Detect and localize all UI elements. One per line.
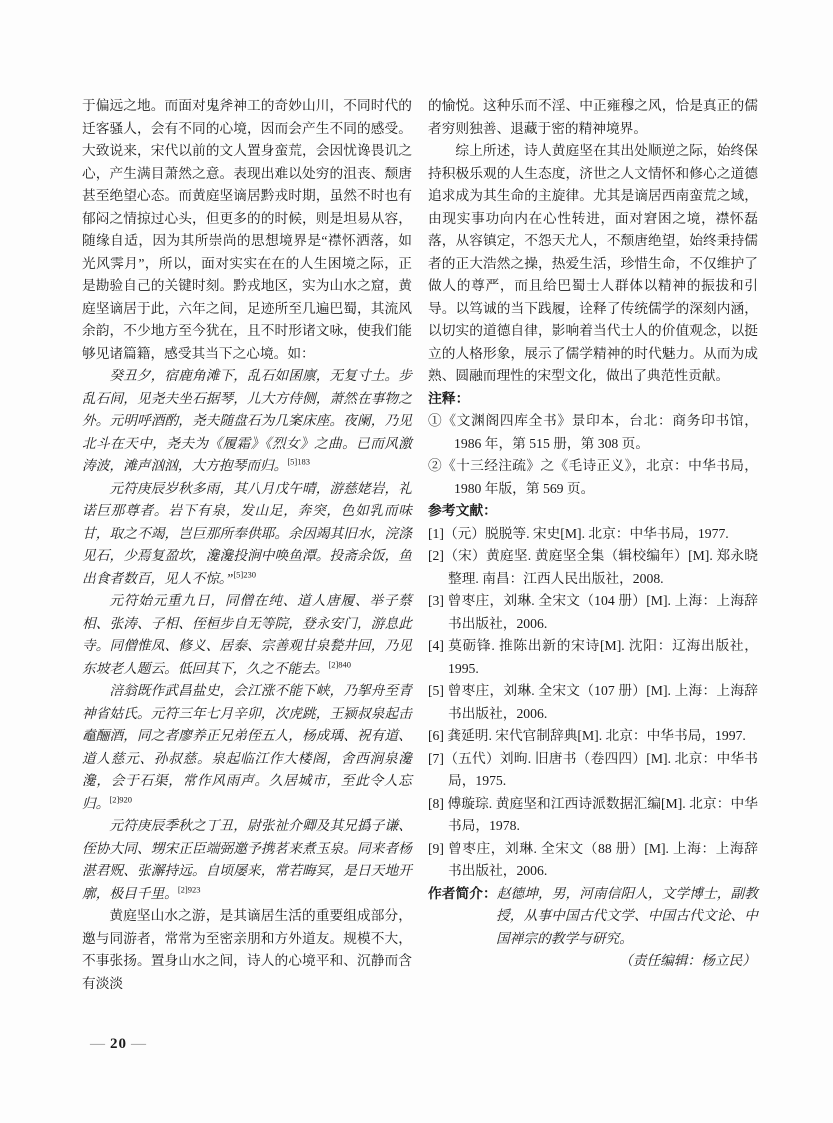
quote-text: 元符庚辰季秋之丁丑，尉张祉介卿及其兄撝子谦、侄协大同、甥宋正臣端弼邀予携茗来煮玉…	[82, 818, 412, 901]
quote-text: 元符始元重九日，同僧在纯、道人唐履、举子蔡相、张涛、子相、侄桓步自无等院，登永安…	[82, 593, 412, 676]
notes-heading: 注释：	[428, 388, 758, 411]
editor-note: （责任编辑：杨立民）	[428, 950, 758, 973]
page-number: —20—	[86, 1034, 151, 1054]
paragraph-continuation: 的愉悦。这种乐而不淫、中正雍穆之风，恰是真正的儒者穷则独善、退藏于密的精神境界。	[428, 95, 758, 140]
quote-text: 涪翁既作武昌盐史，会江涨不能下峡，乃挐舟至青神省姑氏。元符三年七月辛卯，次虎跳，…	[82, 683, 412, 811]
journal-page: 于偏远之地。而面对鬼斧神工的奇妙山川，不同时代的迁客骚人，会有不同的心境，因而会…	[0, 0, 833, 1123]
author-bio-label: 作者简介：	[428, 886, 497, 901]
paragraph-continuation: 于偏远之地。而面对鬼斧神工的奇妙山川，不同时代的迁客骚人，会有不同的心境，因而会…	[82, 95, 412, 365]
page-number-dash-left: —	[86, 1036, 110, 1052]
reference-item: [1]（元）脱脱等. 宋史[M]. 北京：中华书局，1977.	[428, 523, 758, 546]
page-number-value: 20	[110, 1036, 127, 1052]
references-heading: 参考文献：	[428, 500, 758, 523]
note-item: ②《十三经注疏》之《毛诗正义》，北京：中华书局，1980 年版，第 569 页。	[428, 455, 758, 500]
block-quote: 癸丑夕，宿鹿角滩下，乱石如囷廪，无复寸土。步乱石间，见尧夫坐石据琴，儿大方侍侧，…	[82, 365, 412, 478]
block-quote: 涪翁既作武昌盐史，会江涨不能下峡，乃挐舟至青神省姑氏。元符三年七月辛卯，次虎跳，…	[82, 680, 412, 815]
citation-superscript: [2]923	[178, 884, 201, 894]
block-quote: 元符庚辰岁秋多雨，其八月戊午晴，游慈姥岩，礼诺巨那尊者。岩下有泉，发山足，奔突，…	[82, 478, 412, 591]
note-text: 《文渊阁四库全书》景印本，台北：商务印书馆，1986 年，第 515 册，第 3…	[442, 413, 758, 451]
note-marker: ②	[428, 458, 442, 473]
reference-item: [4] 莫砺锋. 推陈出新的宋诗[M]. 沈阳：辽海出版社，1995.	[428, 635, 758, 680]
paragraph: 综上所述，诗人黄庭坚在其出处顺逆之际，始终保持积极乐观的人生态度，济世之人文情怀…	[428, 140, 758, 388]
note-text: 《十三经注疏》之《毛诗正义》，北京：中华书局，1980 年版，第 569 页。	[442, 458, 758, 496]
reference-item: [8] 傅璇琮. 黄庭坚和江西诗派数据汇编[M]. 北京：中华书局，1978.	[428, 793, 758, 838]
reference-item: [6] 龚延明. 宋代官制辞典[M]. 北京：中华书局，1997.	[428, 725, 758, 748]
citation-superscript: [2]920	[109, 794, 132, 804]
citation-superscript: [2]840	[328, 659, 351, 669]
block-quote: 元符始元重九日，同僧在纯、道人唐履、举子蔡相、张涛、子相、侄桓步自无等院，登永安…	[82, 590, 412, 680]
paragraph: 黄庭坚山水之游，是其谪居生活的重要组成部分，邀与同游者，常常为至密亲朋和方外道友…	[82, 905, 412, 995]
page-number-dash-right: —	[127, 1036, 151, 1052]
reference-item: [9] 曾枣庄，刘琳. 全宋文（88 册）[M]. 上海：上海辞书出版社，200…	[428, 838, 758, 883]
note-item: ①《文渊阁四库全书》景印本，台北：商务印书馆，1986 年，第 515 册，第 …	[428, 410, 758, 455]
citation-superscript: [5]230	[233, 569, 256, 579]
citation-superscript: [5]183	[287, 456, 310, 466]
left-column: 于偏远之地。而面对鬼斧神工的奇妙山川，不同时代的迁客骚人，会有不同的心境，因而会…	[82, 95, 412, 995]
reference-item: [5] 曾枣庄，刘琳. 全宋文（107 册）[M]. 上海：上海辞书出版社，20…	[428, 680, 758, 725]
right-column: 的愉悦。这种乐而不淫、中正雍穆之风，恰是真正的儒者穷则独善、退藏于密的精神境界。…	[428, 95, 758, 995]
author-bio-text: 赵德坤，男，河南信阳人，文学博士，副教授，从事中国古代文学、中国古代文论、中国禅…	[496, 886, 758, 946]
author-bio: 作者简介：赵德坤，男，河南信阳人，文学博士，副教授，从事中国古代文学、中国古代文…	[428, 883, 758, 951]
block-quote: 元符庚辰季秋之丁丑，尉张祉介卿及其兄撝子谦、侄协大同、甥宋正臣端弼邀予携茗来煮玉…	[82, 815, 412, 905]
quote-text: 癸丑夕，宿鹿角滩下，乱石如囷廪，无复寸土。步乱石间，见尧夫坐石据琴，儿大方侍侧，…	[82, 368, 412, 473]
text-columns: 于偏远之地。而面对鬼斧神工的奇妙山川，不同时代的迁客骚人，会有不同的心境，因而会…	[82, 95, 758, 995]
reference-item: [7]（五代）刘昫. 旧唐书（卷四四）[M]. 北京：中华书局，1975.	[428, 748, 758, 793]
reference-item: [2]（宋）黄庭坚. 黄庭坚全集（辑校编年）[M]. 郑永晓整理. 南昌：江西人…	[428, 545, 758, 590]
note-marker: ①	[428, 413, 442, 428]
reference-item: [3] 曾枣庄，刘琳. 全宋文（104 册）[M]. 上海：上海辞书出版社，20…	[428, 590, 758, 635]
